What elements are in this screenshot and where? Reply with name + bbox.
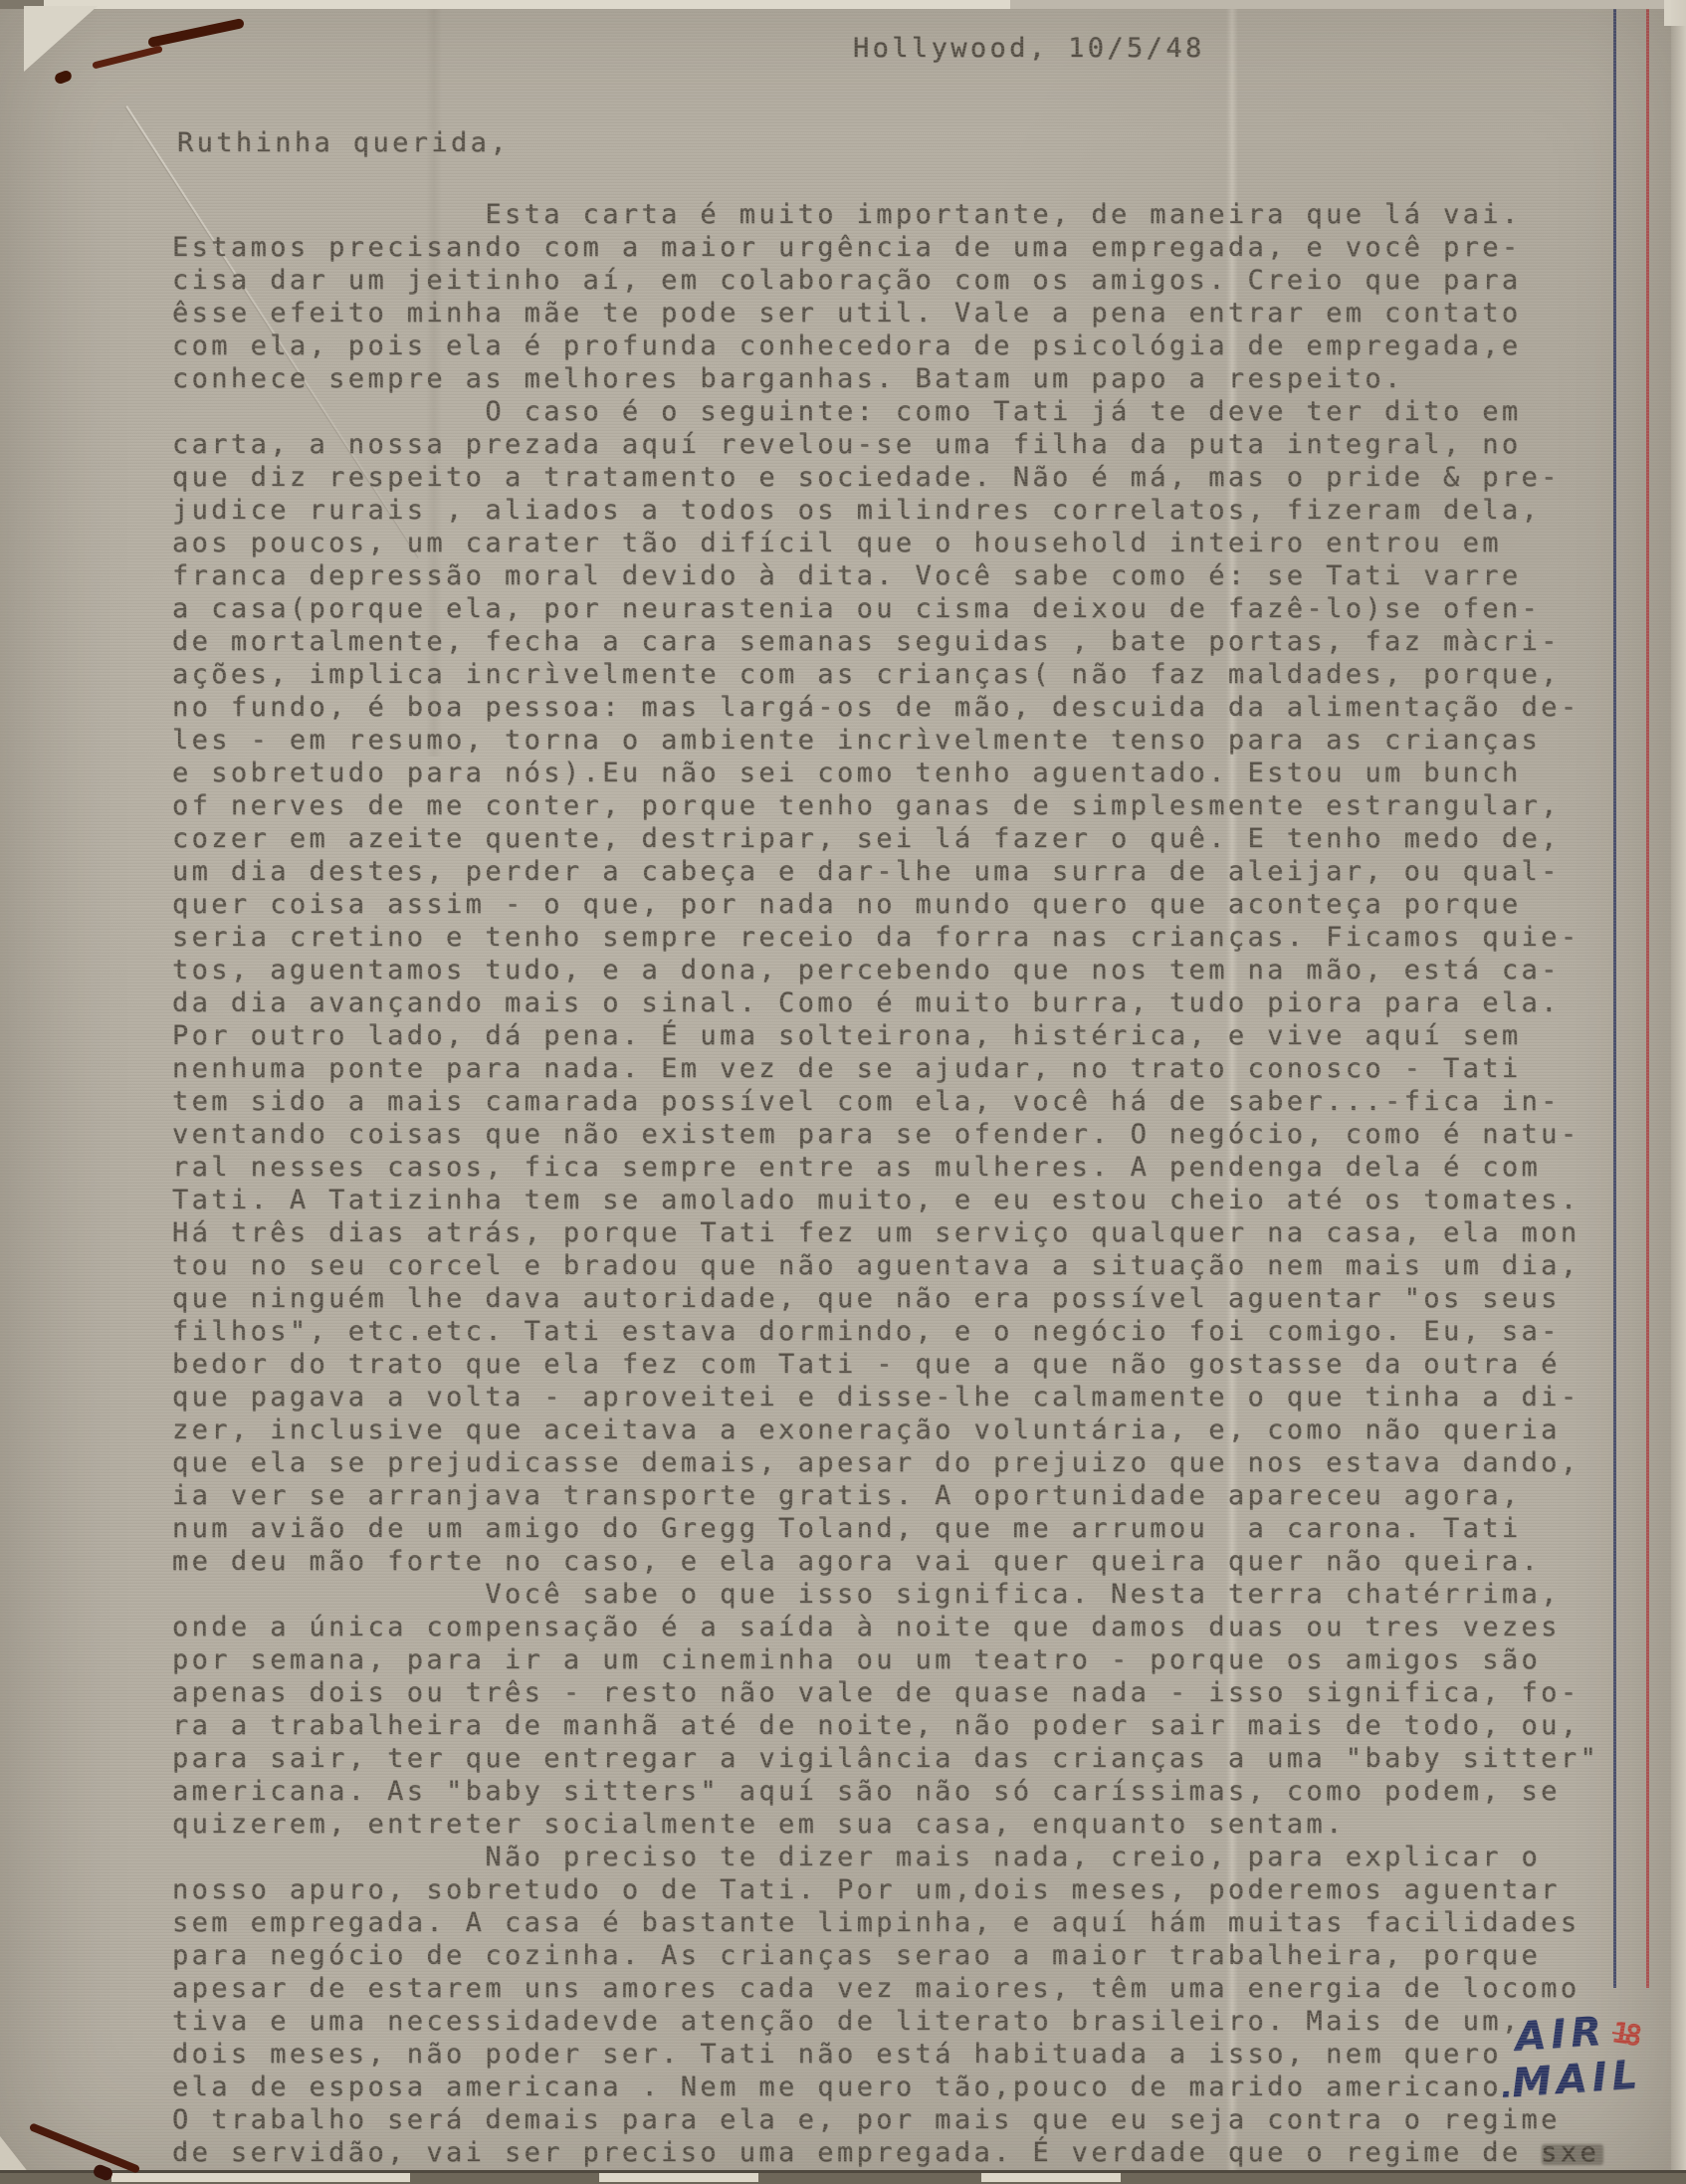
margin-rule-blue bbox=[1613, 5, 1616, 1988]
margin-rule-red bbox=[1646, 5, 1649, 1988]
rust-stain bbox=[29, 2122, 140, 2174]
dateline: Hollywood, 10/5/48 bbox=[853, 32, 1205, 65]
rust-stain bbox=[147, 18, 245, 48]
rust-stain bbox=[92, 45, 163, 69]
folded-corner bbox=[24, 6, 98, 72]
rust-stain bbox=[54, 69, 74, 85]
scan-edge-right bbox=[1671, 0, 1686, 2184]
red-pencil-mark: 18 bbox=[1609, 2015, 1639, 2052]
airmail-word-mail: .MAIL bbox=[1499, 2052, 1644, 2111]
scan-edge-top bbox=[0, 0, 1686, 9]
next-page-edge bbox=[599, 2173, 758, 2182]
next-page-edge bbox=[981, 2173, 1121, 2182]
next-page-edge bbox=[111, 2173, 410, 2182]
scan-edge-bottom bbox=[0, 2170, 1686, 2184]
typed-overstrike-mark bbox=[1542, 2144, 1603, 2165]
airmail-word-mail-text: MAIL bbox=[1510, 2052, 1643, 2106]
scanned-letter-page: Hollywood, 10/5/48 Ruthinha querida, Est… bbox=[0, 0, 1686, 2184]
salutation: Ruthinha querida, bbox=[177, 126, 510, 159]
letter-body: Esta carta é muito importante, de maneir… bbox=[172, 198, 1599, 2169]
